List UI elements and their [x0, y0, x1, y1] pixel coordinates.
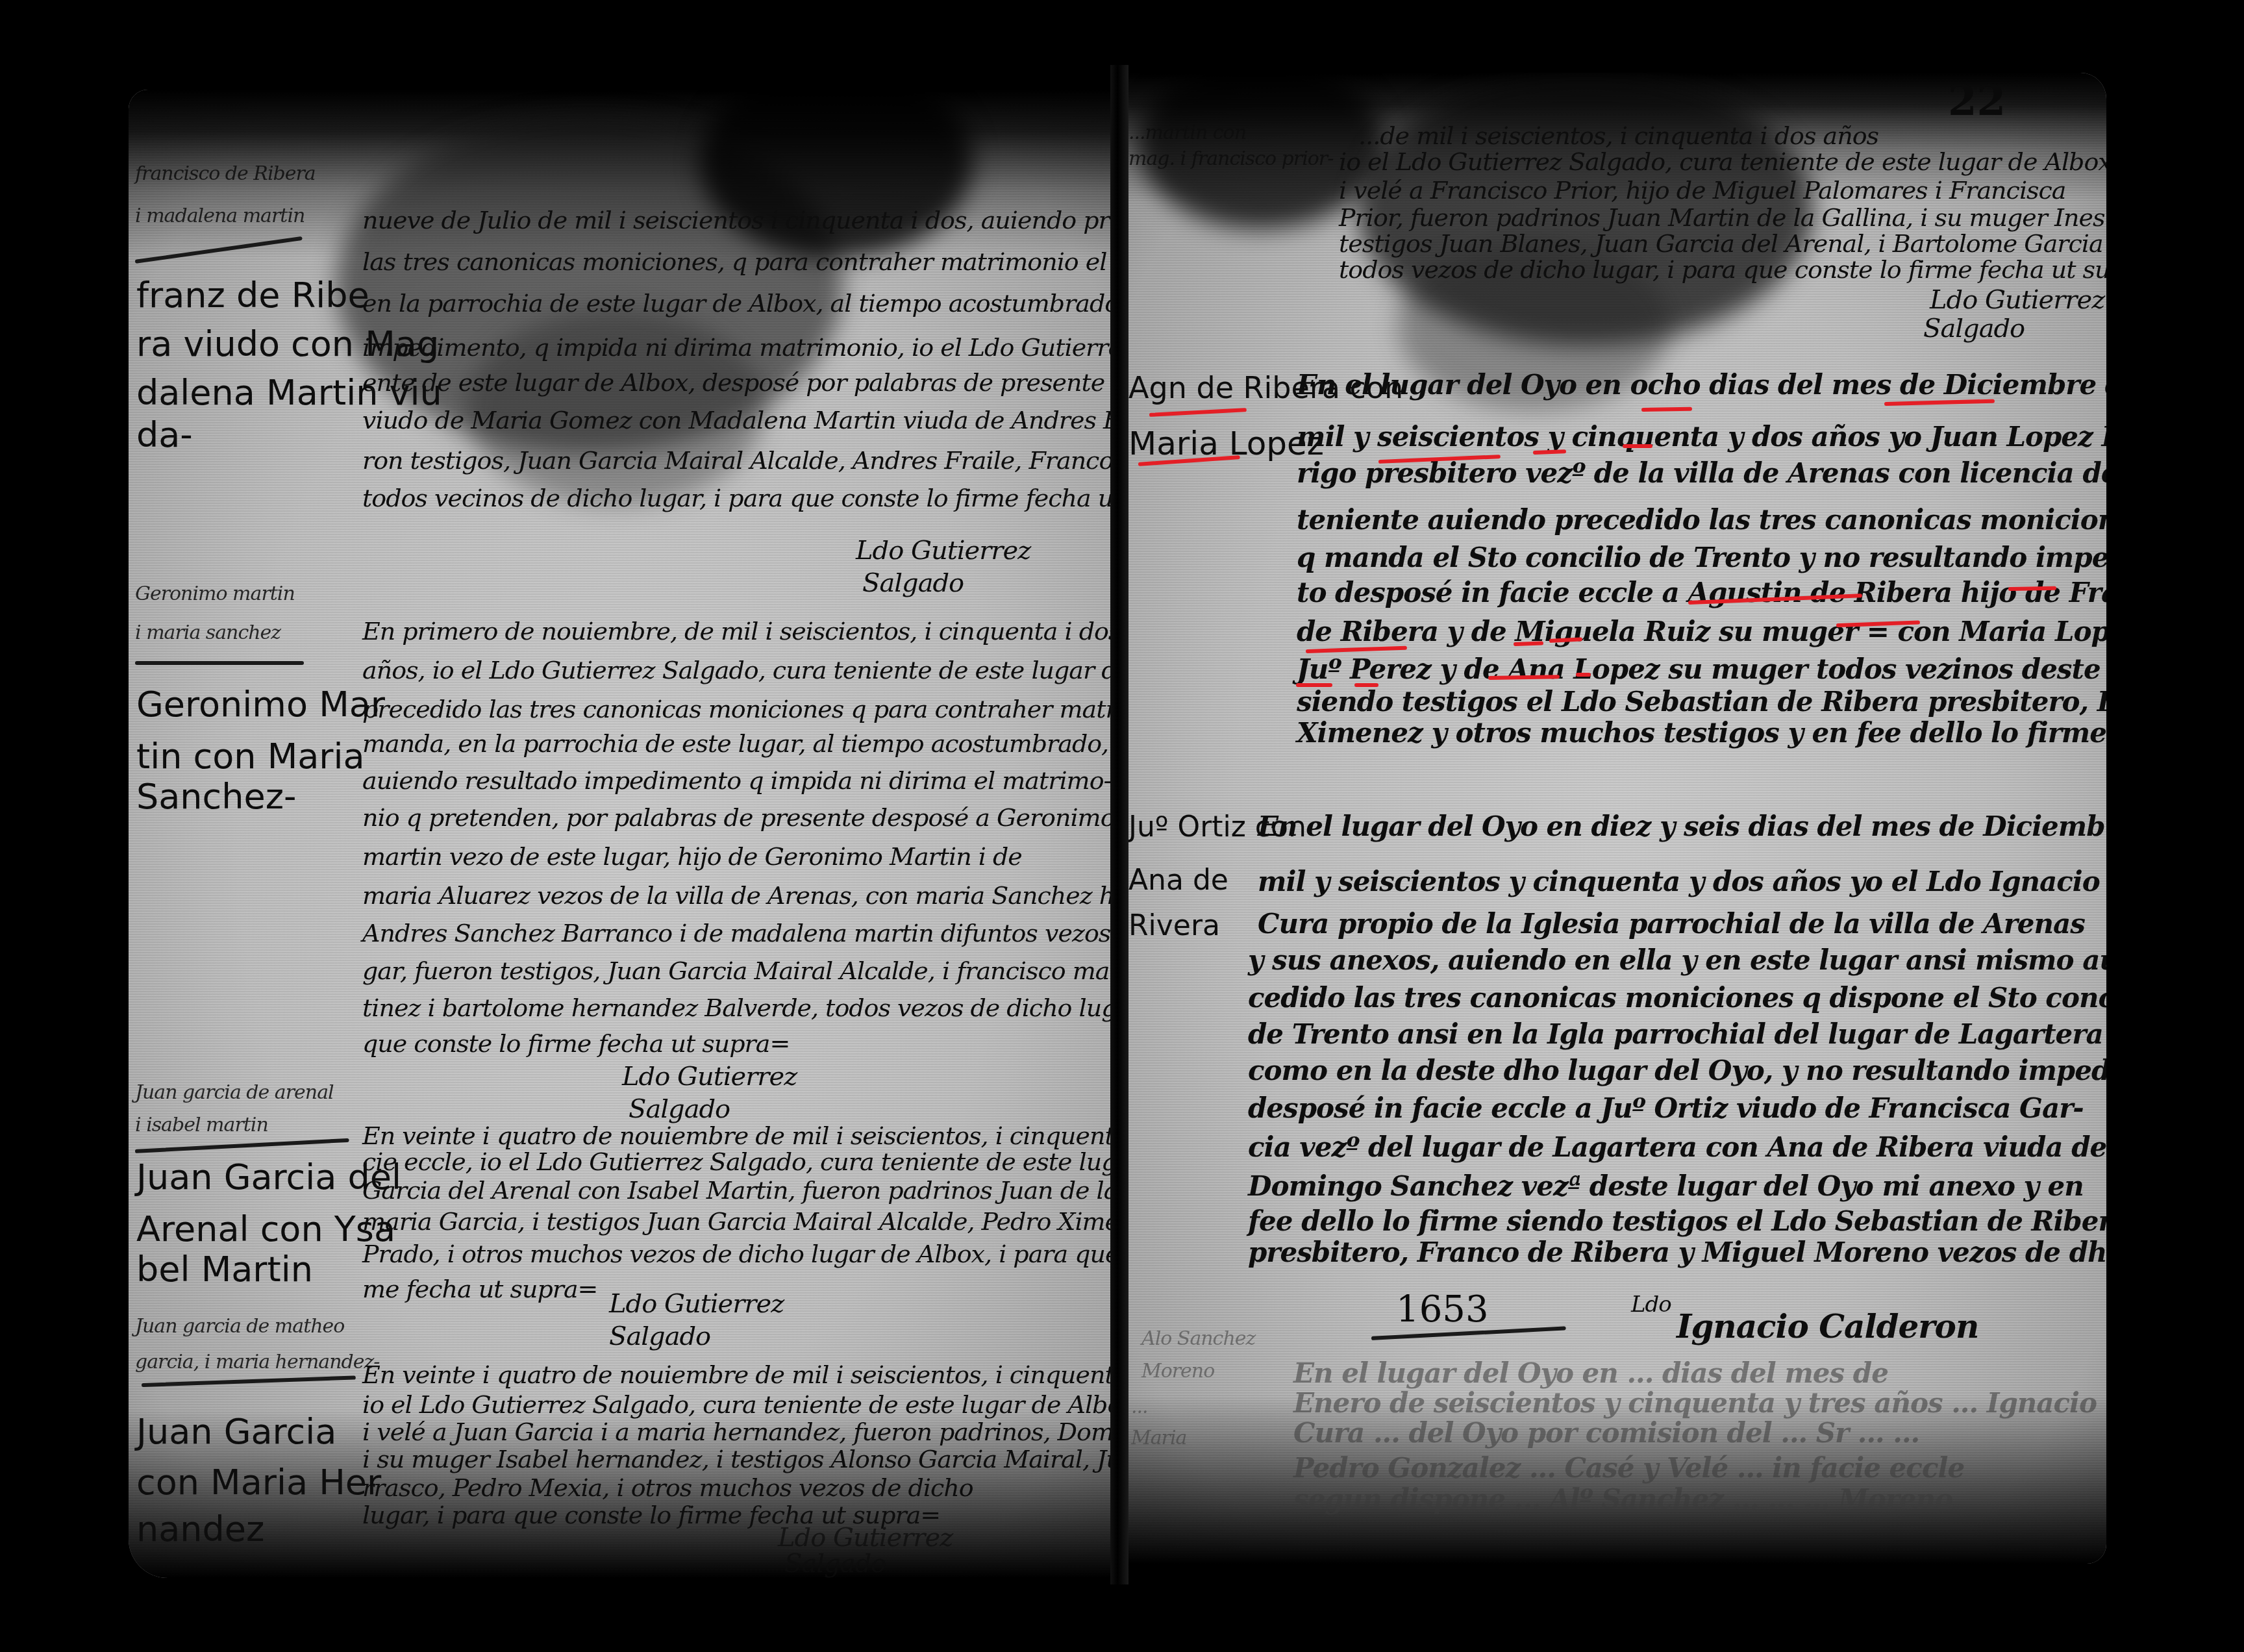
- entry-line: segun dispone ... Alº Sanchez ... ... ..…: [1293, 1486, 1952, 1513]
- entry-line: En veinte i quatro de nouiembre de mil i…: [362, 1362, 1117, 1387]
- entry-line: me fecha ut supra=: [362, 1277, 597, 1301]
- margin-heading: Rivera: [1128, 912, 1220, 940]
- signature: Ldo Gutierrez: [622, 1064, 797, 1090]
- entry-line: tinez i bartolome hernandez Balverde, to…: [362, 995, 1117, 1020]
- margin-heading: Geronimo Mar: [136, 687, 385, 722]
- red-underline-juan: [1296, 683, 1332, 687]
- entry-line: Andres Sanchez Barranco i de madalena ma…: [362, 921, 1117, 945]
- entry-line: Domingo Sanchez vezª deste lugar del Oyo…: [1248, 1173, 2084, 1200]
- margin-heading: bel Martin: [136, 1252, 313, 1287]
- entry-line: i velé a Juan Garcia i a maria hernandez…: [362, 1420, 1117, 1444]
- entry-line: testigos Juan Blanes, Juan Garcia del Ar…: [1339, 231, 2106, 256]
- margin-heading: Juan Garcia: [136, 1414, 336, 1449]
- signature: Ignacio Calderon: [1677, 1310, 1978, 1343]
- entry-line: manda, en la parrochia de este lugar, al…: [362, 731, 1117, 756]
- entry-line: como en la deste dho lugar del Oyo, y no…: [1248, 1057, 2106, 1084]
- entry-line: auiendo resultado impedimento q impida n…: [362, 768, 1111, 793]
- entry-line: todos vezos de dicho lugar, i para que c…: [1339, 257, 2106, 282]
- margin-heading: da-: [136, 418, 193, 453]
- margin-note: Maria: [1131, 1429, 1186, 1448]
- entry-line: precedido las tres canonicas moniciones …: [362, 697, 1117, 721]
- entry-line: ron testigos, Juan Garcia Mairal Alcalde…: [362, 448, 1117, 473]
- signature: Ldo Gutierrez: [778, 1525, 953, 1551]
- entry-line: las tres canonicas moniciones, q para co…: [362, 249, 1117, 274]
- entry-line: ente de este lugar de Albox, desposé por…: [362, 370, 1117, 395]
- entry-line: ...de mil i seiscientos, i cinquenta i d…: [1358, 123, 1878, 148]
- red-underline-francisco: [2008, 586, 2056, 591]
- left-page: francisco de Ribera i madalena martin fr…: [129, 90, 1117, 1578]
- year-mark: 1653: [1396, 1288, 1489, 1331]
- entry-line: maria Aluarez vezos de la villa de Arena…: [362, 883, 1117, 908]
- entry-line: Garcia del Arenal con Isabel Martin, fue…: [362, 1178, 1117, 1203]
- signature: Ldo Gutierrez: [856, 538, 1030, 564]
- margin-note: Juan garcia de arenal: [135, 1083, 334, 1103]
- manuscript-scan: francisco de Ribera i madalena martin fr…: [0, 0, 2244, 1652]
- margin-note: ...martin con: [1128, 123, 1246, 143]
- signature: Ldo Gutierrez: [1930, 287, 2104, 313]
- entry-line: nueve de Julio de mil i seiscientos i ci…: [362, 208, 1117, 232]
- margin-heading: Ana de: [1128, 866, 1228, 895]
- entry-line: viudo de Maria Gomez con Madalena Martin…: [362, 408, 1117, 432]
- entry-line: i velé a Francisco Prior, hijo de Miguel…: [1339, 178, 2065, 203]
- entry-line: io el Ldo Gutierrez Salgado, cura tenien…: [1339, 149, 2106, 174]
- margin-note: Juan garcia de matheo: [135, 1317, 344, 1336]
- margin-heading: Juan Garcia del: [136, 1160, 401, 1195]
- signature: Salgado: [784, 1551, 886, 1577]
- entry-line: en la parrochia de este lugar de Albox, …: [362, 291, 1117, 316]
- entry-line: fee dello lo firme siendo testigos el Ld…: [1248, 1208, 2106, 1235]
- margin-heading: con Maria Her: [136, 1465, 381, 1500]
- entry-line: Cura ... del Oyo por comision del ... Sr…: [1293, 1420, 1919, 1447]
- entry-line: martin vezo de este lugar, hijo de Geron…: [362, 844, 1022, 869]
- margin-note: Geronimo martin: [135, 584, 295, 604]
- entry-line: presbitero, Franco de Ribera y Miguel Mo…: [1248, 1239, 2106, 1266]
- entry-line: cedido las tres canonicas moniciones q d…: [1248, 984, 2106, 1012]
- page-number: 22: [1948, 77, 2006, 125]
- entry-line: mil y seiscientos y cinquenta y dos años…: [1297, 423, 2106, 451]
- margin-note: ...: [1131, 1397, 1148, 1417]
- entry-line: Pedro Gonzalez ... Casé y Velé ... in fa…: [1293, 1455, 1964, 1482]
- entry-line: siendo testigos el Ldo Sebastian de Ribe…: [1297, 688, 2106, 716]
- entry-line: cie eccle, io el Ldo Gutierrez Salgado, …: [362, 1149, 1117, 1174]
- separator-rule: [135, 661, 304, 665]
- entry-line: Juº Perez y de Ana Lopez su muger todos …: [1297, 656, 2106, 683]
- separator-rule: [135, 1138, 349, 1153]
- margin-heading: franz de Ribe: [136, 278, 369, 313]
- entry-line: desposé in facie eccle a Juº Ortiz viudo…: [1248, 1095, 2084, 1122]
- signature: Salgado: [609, 1323, 710, 1349]
- signature: Salgado: [1923, 316, 2025, 342]
- entry-line: Cura propio de la Iglesia parrochial de …: [1258, 910, 2085, 938]
- entry-line: Prado, i otros muchos vezos de dicho lug…: [362, 1242, 1117, 1266]
- entry-line: cia vezº del lugar de Lagartera con Ana …: [1248, 1134, 2106, 1161]
- margin-note: i isabel martin: [135, 1116, 268, 1135]
- margin-heading: Maria Lopez: [1128, 427, 1324, 460]
- margin-note: garcia, i maria hernandez-: [135, 1353, 379, 1372]
- entry-line: años, io el Ldo Gutierrez Salgado, cura …: [362, 658, 1117, 682]
- entry-line: En el lugar del Oyo en diez y seis dias …: [1258, 813, 2106, 840]
- red-underline-lopez-end: [1576, 673, 1591, 677]
- margin-note: francisco de Ribera: [135, 164, 316, 184]
- margin-note: i maria sanchez: [135, 623, 280, 643]
- entry-line: En el lugar del Oyo en ... dias del mes …: [1293, 1360, 1888, 1387]
- signature: Salgado: [629, 1096, 730, 1122]
- margin-heading: nandez: [136, 1512, 264, 1547]
- margin-heading: tin con Maria: [136, 739, 365, 774]
- entry-line: rrasco, Pedro Mexia, i otros muchos vezo…: [362, 1475, 973, 1500]
- entry-line: q manda el Sto concilio de Trento y no r…: [1297, 544, 2106, 571]
- entry-line: de Trento ansi en la Igla parrochial del…: [1248, 1021, 2103, 1048]
- signature: Ldo: [1631, 1294, 1671, 1316]
- entry-line: Enero de seiscientos y cinquenta y tres …: [1293, 1390, 2106, 1417]
- entry-line: En veinte i quatro de nouiembre de mil i…: [362, 1123, 1117, 1148]
- entry-line: i su muger Isabel hernandez, i testigos …: [362, 1447, 1117, 1471]
- margin-note: i madalena martin: [135, 206, 305, 226]
- entry-line: y sus anexos, auiendo en ella y en este …: [1248, 947, 2106, 974]
- entry-line: impedimento, q impida ni dirima matrimon…: [362, 335, 1117, 360]
- margin-note: mag. i francisco prior-: [1128, 149, 1333, 169]
- entry-line: En el lugar del Oyo en ocho dias del mes…: [1297, 371, 2106, 399]
- right-page: 22 ...martin con mag. i francisco prior-…: [1125, 73, 2106, 1564]
- red-underline-dos: [1623, 444, 1652, 448]
- separator-rule: [142, 1375, 356, 1387]
- entry-line: nio q pretenden, por palabras de present…: [362, 805, 1115, 830]
- entry-line: todos vecinos de dicho lugar, i para que…: [362, 486, 1117, 510]
- entry-line: de Ribera y de Miguela Ruiz su muger = c…: [1297, 618, 2106, 645]
- entry-line: teniente auiendo precedido las tres cano…: [1297, 507, 2106, 534]
- margin-heading: Arenal con Ysa: [136, 1212, 395, 1247]
- book-gutter: [1110, 65, 1128, 1584]
- margin-heading: Sanchez-: [136, 779, 297, 814]
- entry-line: maria Garcia, i testigos Juan Garcia Mai…: [362, 1209, 1117, 1234]
- entry-line: En primero de nouiembre, de mil i seisci…: [362, 619, 1117, 644]
- entry-line: Ximenez y otros muchos testigos y en fee…: [1297, 720, 2106, 747]
- entry-line: Prior, fueron padrinos Juan Martin de la…: [1339, 205, 2106, 230]
- entry-line: mil y seiscientos y cinquenta y dos años…: [1258, 868, 2106, 895]
- entry-line: gar, fueron testigos, Juan Garcia Mairal…: [362, 958, 1117, 983]
- signature: Ldo Gutierrez: [609, 1291, 784, 1317]
- margin-note: Moreno: [1141, 1362, 1214, 1381]
- signature: Salgado: [862, 570, 964, 596]
- red-underline-perez: [1354, 683, 1378, 687]
- margin-note: Alo Sanchez: [1141, 1329, 1255, 1349]
- entry-line: que conste lo firme fecha ut supra=: [362, 1031, 790, 1056]
- entry-line: rigo presbitero vezº de la villa de Aren…: [1297, 460, 2106, 487]
- entry-line: io el Ldo Gutierrez Salgado, cura tenien…: [362, 1392, 1117, 1417]
